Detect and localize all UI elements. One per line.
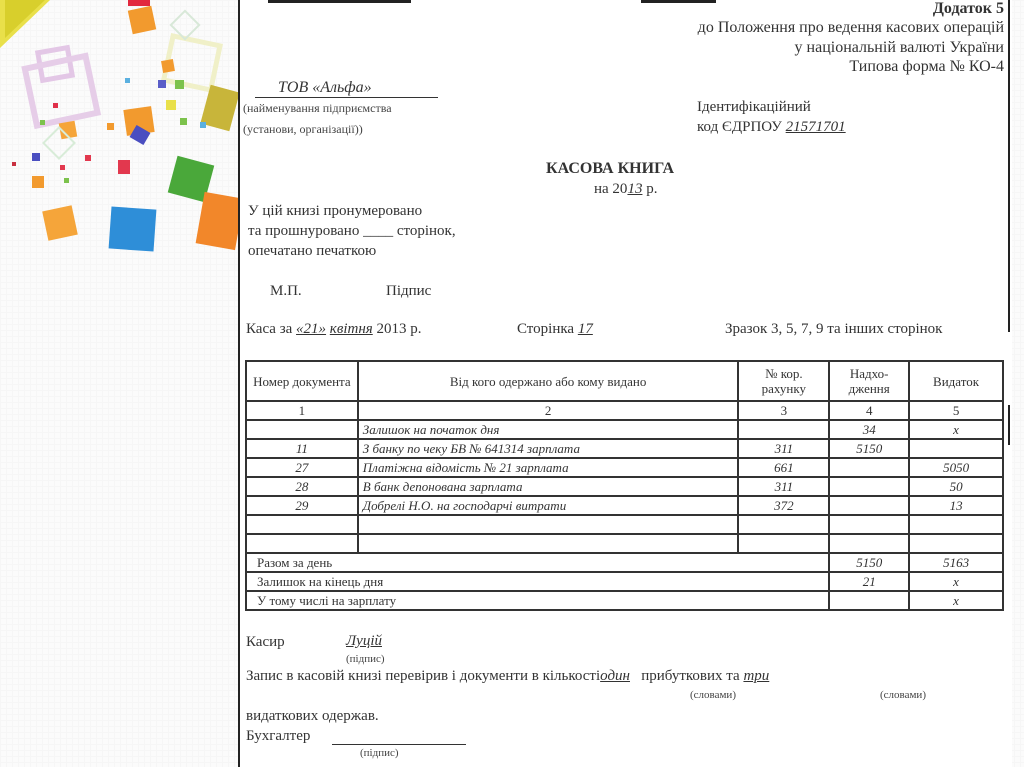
id-label: Ідентифікаційний bbox=[697, 99, 811, 116]
header-income: Надхо-дження bbox=[829, 361, 909, 401]
column-number-row: 1 2 3 4 5 bbox=[246, 401, 1003, 420]
cell-desc: Залишок на початок дня bbox=[358, 420, 739, 439]
cell-acc: 661 bbox=[738, 458, 829, 477]
cashier-signature: Луцій bbox=[346, 633, 382, 650]
cell-in bbox=[829, 458, 909, 477]
edrpou-row: код ЄДРПОУ 21571701 bbox=[697, 119, 846, 136]
cell-out bbox=[909, 439, 1003, 458]
cell-doc: 29 bbox=[246, 496, 358, 515]
header-doc-number: Номер документа bbox=[246, 361, 358, 401]
table-row: Залишок на початок дня34x bbox=[246, 420, 1003, 439]
regulation-line: до Положення про ведення касових операці… bbox=[698, 19, 1004, 37]
document-year: на 2013 р. bbox=[594, 181, 657, 198]
totals-label: Разом за день bbox=[246, 553, 829, 572]
table-row bbox=[246, 534, 1003, 553]
cell-desc: Добрелі Н.О. на господарчі витрати bbox=[358, 496, 739, 515]
cashier-label: Касир bbox=[246, 634, 285, 651]
regulation-line-2: у національній валюті України bbox=[795, 39, 1004, 57]
document-title: КАСОВА КНИГА bbox=[546, 160, 674, 178]
cell-doc: 27 bbox=[246, 458, 358, 477]
cell-out: 50 bbox=[909, 477, 1003, 496]
totals-row: Залишок на кінець дня21x bbox=[246, 572, 1003, 591]
top-rule bbox=[641, 0, 716, 3]
cell-in bbox=[829, 534, 909, 553]
totals-label: Залишок на кінець дня bbox=[246, 572, 829, 591]
numbering-line-3: опечатано печаткою bbox=[248, 243, 376, 260]
cell-out: 13 bbox=[909, 496, 1003, 515]
cell-doc bbox=[246, 515, 358, 534]
decorative-cubes-graphic bbox=[0, 0, 240, 270]
cell-in bbox=[829, 477, 909, 496]
form-number: Типова форма № КО-4 bbox=[849, 58, 1004, 76]
cell-acc bbox=[738, 420, 829, 439]
organization-caption: (найменування підприємства bbox=[243, 101, 392, 116]
cell-acc: 372 bbox=[738, 496, 829, 515]
table-row: 27Платіжна відомість № 21 зарплата661505… bbox=[246, 458, 1003, 477]
income-words-caption: (словами) bbox=[690, 689, 736, 701]
cell-desc bbox=[358, 534, 739, 553]
totals-out: 5163 bbox=[909, 553, 1003, 572]
document-border bbox=[1008, 405, 1010, 445]
cell-doc bbox=[246, 534, 358, 553]
totals-in bbox=[829, 591, 909, 610]
numbering-line-2: та прошнуровано ____ сторінок, bbox=[248, 223, 456, 240]
totals-in: 5150 bbox=[829, 553, 909, 572]
header-expense: Видаток bbox=[909, 361, 1003, 401]
cell-acc bbox=[738, 515, 829, 534]
organization-underline bbox=[255, 97, 438, 98]
cell-doc bbox=[246, 420, 358, 439]
numbering-line: У цій книзі пронумеровано bbox=[248, 203, 422, 220]
totals-out: x bbox=[909, 591, 1003, 610]
document-border bbox=[1008, 0, 1010, 332]
totals-row: Разом за день51505163 bbox=[246, 553, 1003, 572]
cell-doc: 11 bbox=[246, 439, 358, 458]
cashier-sign-caption: (підпис) bbox=[346, 653, 385, 665]
cash-date-line: Каса за «21» квітня 2013 р. bbox=[246, 321, 422, 338]
cell-acc: 311 bbox=[738, 477, 829, 496]
cell-acc: 311 bbox=[738, 439, 829, 458]
verification-line-end: видаткових одержав. bbox=[246, 708, 379, 725]
header-description: Від кого одержано або кому видано bbox=[358, 361, 739, 401]
cash-ledger-table: Номер документа Від кого одержано або ко… bbox=[245, 360, 1004, 611]
table-row: 11З банку по чеку БВ № 641314 зарплата31… bbox=[246, 439, 1003, 458]
cell-in bbox=[829, 496, 909, 515]
table-row: 28В банк депонована зарплата31150 bbox=[246, 477, 1003, 496]
cell-desc: Платіжна відомість № 21 зарплата bbox=[358, 458, 739, 477]
totals-row: У тому числі на зарплатуx bbox=[246, 591, 1003, 610]
accountant-sign-caption: (підпис) bbox=[360, 747, 399, 759]
appendix-label: Додаток 5 bbox=[933, 0, 1004, 18]
cell-acc bbox=[738, 534, 829, 553]
totals-label: У тому числі на зарплату bbox=[246, 591, 829, 610]
organization-name: ТОВ «Альфа» bbox=[278, 79, 372, 97]
cell-in: 5150 bbox=[829, 439, 909, 458]
cell-desc: В банк депонована зарплата bbox=[358, 477, 739, 496]
cell-doc: 28 bbox=[246, 477, 358, 496]
totals-in: 21 bbox=[829, 572, 909, 591]
edrpou-code: 21571701 bbox=[786, 119, 846, 135]
signature-label: Підпис bbox=[386, 283, 431, 300]
table-row: 29Добрелі Н.О. на господарчі витрати3721… bbox=[246, 496, 1003, 515]
edrpou-label: код ЄДРПОУ bbox=[697, 119, 782, 135]
cell-in: 34 bbox=[829, 420, 909, 439]
header-account: № кор. рахунку bbox=[738, 361, 829, 401]
cell-desc: З банку по чеку БВ № 641314 зарплата bbox=[358, 439, 739, 458]
accountant-label: Бухгалтер bbox=[246, 728, 310, 745]
cell-out bbox=[909, 515, 1003, 534]
expense-words-caption: (словами) bbox=[880, 689, 926, 701]
accountant-signature-line bbox=[332, 744, 466, 745]
sample-note: Зразок 3, 5, 7, 9 та інших сторінок bbox=[725, 321, 942, 338]
cell-out: 5050 bbox=[909, 458, 1003, 477]
verification-line: Запис в касовій книзі перевірив і докуме… bbox=[246, 668, 769, 685]
table-header-row: Номер документа Від кого одержано або ко… bbox=[246, 361, 1003, 401]
stamp-label: М.П. bbox=[270, 283, 302, 300]
cell-out: x bbox=[909, 420, 1003, 439]
cell-in bbox=[829, 515, 909, 534]
cell-desc bbox=[358, 515, 739, 534]
table-row bbox=[246, 515, 1003, 534]
organization-caption-2: (установи, організації)) bbox=[243, 122, 363, 137]
page-number: Сторінка 17 bbox=[517, 321, 593, 338]
totals-out: x bbox=[909, 572, 1003, 591]
cell-out bbox=[909, 534, 1003, 553]
top-rule bbox=[268, 0, 411, 3]
